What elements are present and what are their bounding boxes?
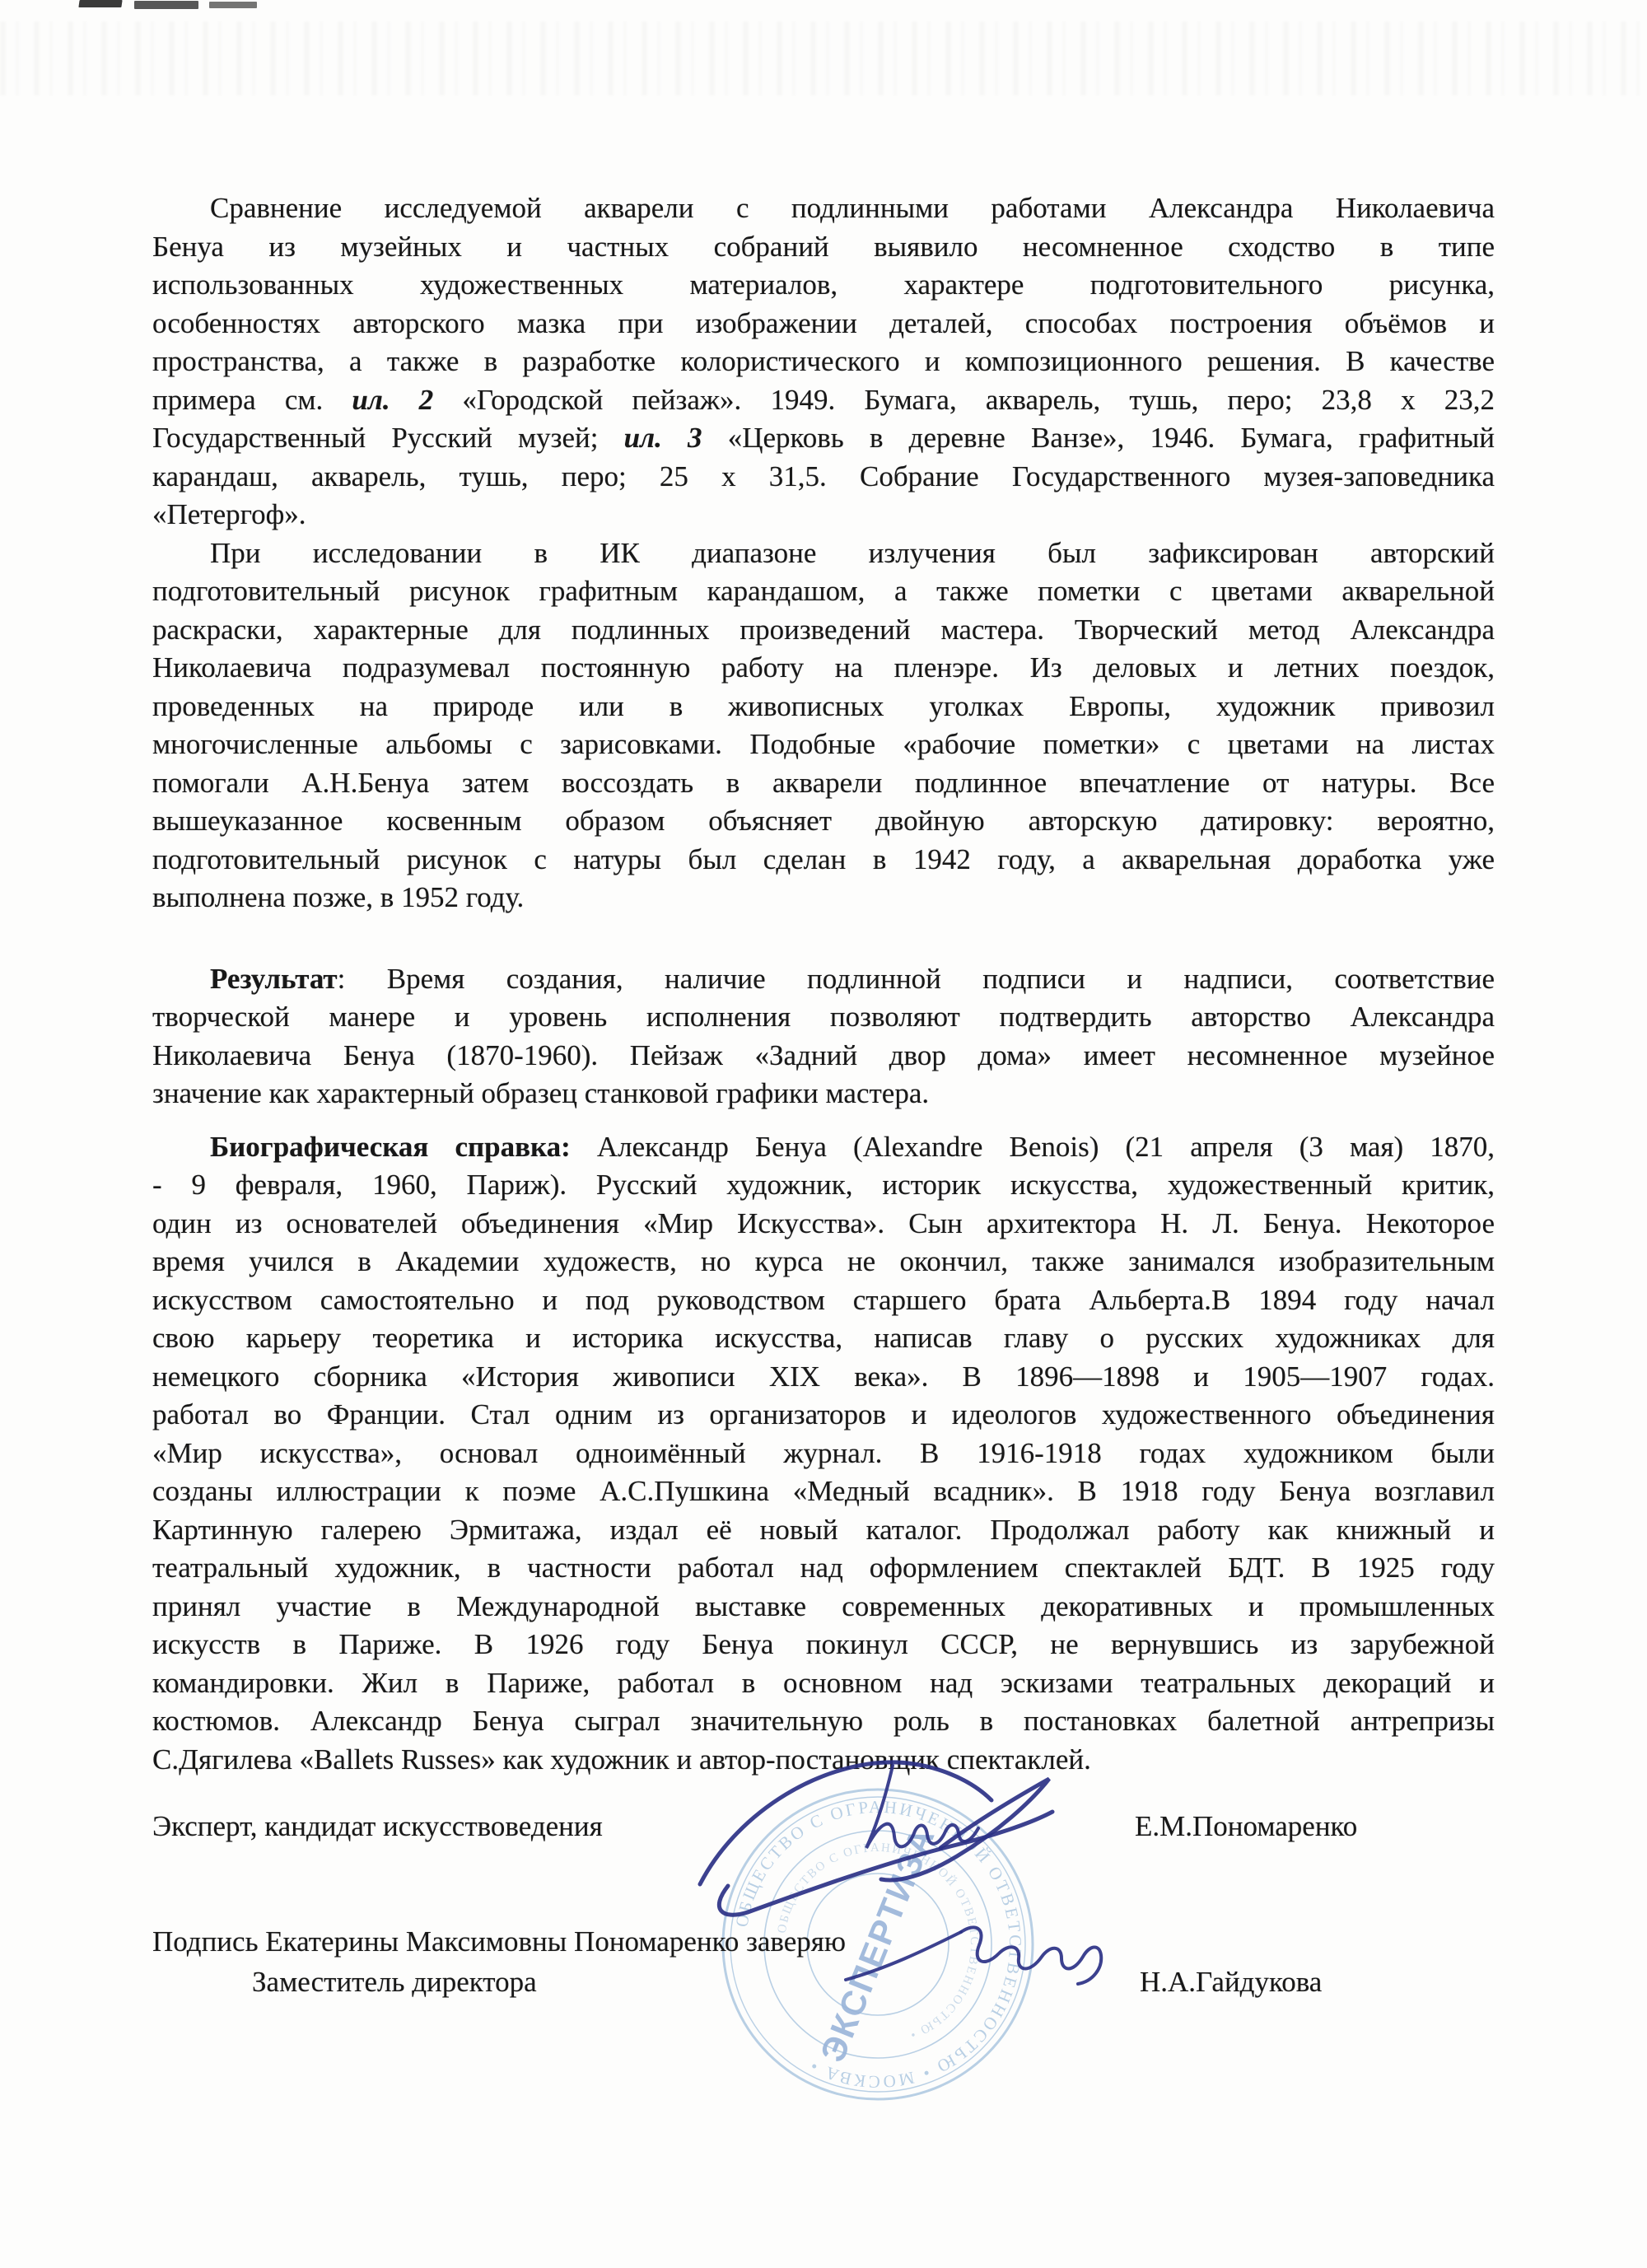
paragraph-result: Результат: Время создания, наличие подли… [152, 960, 1495, 1113]
text-line: театральный художник, в частности работа… [152, 1549, 1495, 1588]
text-segment: принял участие в Международной выставке … [152, 1590, 1495, 1622]
text-line: При исследовании в ИК диапазоне излучени… [152, 534, 1495, 573]
text-line: подготовительный рисунок с натуры был сд… [152, 841, 1495, 880]
text-segment: искусств в Париже. В 1926 году Бенуа пок… [152, 1628, 1495, 1660]
text-segment: выполнена позже, в 1952 году. [152, 881, 524, 913]
text-line: выполнена позже, в 1952 году. [152, 879, 1495, 917]
text-segment: подготовительный рисунок с натуры был сд… [152, 843, 1495, 875]
text-segment: Николаевича Бенуа (1870-1960). Пейзаж «З… [152, 1039, 1495, 1071]
text-line: подготовительный рисунок графитным каран… [152, 572, 1495, 611]
text-segment: раскраски, характерные для подлинных про… [152, 614, 1495, 646]
text-line: время учился в Академии художеств, но ку… [152, 1243, 1495, 1281]
deputy-name: Н.А.Гайдукова [1140, 1966, 1322, 1999]
text-line: Государственный Русский музей; ил. 3 «Це… [152, 419, 1495, 458]
signature-stroke [881, 1779, 1049, 1880]
text-segment: особенностях авторского мазка при изобра… [152, 307, 1495, 339]
text-line: искусством самостоятельно и под руководс… [152, 1281, 1495, 1320]
text-segment: Бенуа из музейных и частных собраний выя… [152, 231, 1495, 263]
text-line: многочисленные альбомы с зарисовками. По… [152, 726, 1495, 764]
scan-artifact [134, 1, 198, 9]
text-segment: : Время создания, наличие подлинной подп… [338, 963, 1495, 995]
text-segment: Николаевича подразумевал постоянную рабо… [152, 651, 1495, 684]
text-line: особенностях авторского мазка при изобра… [152, 305, 1495, 343]
text-line: пространства, а также в разработке колор… [152, 343, 1495, 381]
text-segment: «Городской пейзаж». 1949. Бумага, акваре… [433, 384, 1495, 416]
text-line: командировки. Жил в Париже, работал в ос… [152, 1664, 1495, 1703]
text-line: творческой манере и уровень исполнения п… [152, 998, 1495, 1037]
signature-stroke [700, 1762, 991, 1884]
paragraph-ik-research: При исследовании в ИК диапазоне излучени… [152, 534, 1495, 917]
text-segment: Биографическая справка: [210, 1131, 571, 1163]
text-line: «Петергоф». [152, 496, 1495, 534]
text-segment: созданы иллюстрации к поэме А.С.Пушкина … [152, 1475, 1495, 1507]
signature-stroke [719, 1812, 1052, 1915]
text-segment: Государственный Русский музей; [152, 422, 624, 454]
text-line: один из основателей объединения «Мир Иск… [152, 1205, 1495, 1244]
text-segment: театральный художник, в частности работа… [152, 1552, 1495, 1584]
text-line: созданы иллюстрации к поэме А.С.Пушкина … [152, 1472, 1495, 1511]
text-segment: Картинную галерею Эрмитажа, издал её нов… [152, 1514, 1495, 1546]
text-segment: проведенных на природе или в живописных … [152, 690, 1495, 722]
text-line: раскраски, характерные для подлинных про… [152, 611, 1495, 650]
report-paragraphs: Сравнение исследуемой акварели с подлинн… [152, 189, 1495, 1779]
text-segment: «Мир искусства», основал одноимённый жур… [152, 1437, 1495, 1469]
certify-statement: Подпись Екатерины Максимовны Пономаренко… [152, 1925, 846, 1958]
scanned-document-page: Сравнение исследуемой акварели с подлинн… [0, 0, 1647, 2268]
paragraph-biography: Биографическая справка: Александр Бенуа … [152, 1128, 1495, 1780]
expert-signature [677, 1723, 1138, 1929]
text-segment: - 9 февраля, 1960, Париж). Русский худож… [152, 1169, 1495, 1201]
text-line: Биографическая справка: Александр Бенуа … [152, 1128, 1495, 1167]
scan-noise-band [0, 21, 1647, 96]
text-line: вышеуказанное косвенным образом объясняе… [152, 802, 1495, 841]
scan-artifact [78, 0, 122, 7]
expert-title: Эксперт, кандидат искусствоведения [152, 1810, 603, 1843]
text-line: значение как характерный образец станков… [152, 1075, 1495, 1113]
scan-artifact [209, 2, 257, 8]
text-segment: пространства, а также в разработке колор… [152, 345, 1495, 377]
text-segment: «Петергоф». [152, 498, 306, 530]
expert-name: Е.М.Пономаренко [1135, 1810, 1357, 1843]
paragraph-comparison: Сравнение исследуемой акварели с подлинн… [152, 189, 1495, 534]
text-line: «Мир искусства», основал одноимённый жур… [152, 1435, 1495, 1473]
text-segment: «Церковь в деревне Ванзе», 1946. Бумага,… [702, 422, 1495, 454]
text-segment: свою карьеру теоретика и историка искусс… [152, 1322, 1495, 1354]
text-line: - 9 февраля, 1960, Париж). Русский худож… [152, 1166, 1495, 1205]
text-segment: время учился в Академии художеств, но ку… [152, 1245, 1495, 1277]
text-segment: подготовительный рисунок графитным каран… [152, 575, 1495, 607]
text-segment: искусством самостоятельно и под руководс… [152, 1284, 1495, 1316]
text-segment: вышеуказанное косвенным образом объясняе… [152, 805, 1495, 837]
text-segment: При исследовании в ИК диапазоне излучени… [210, 537, 1495, 569]
text-segment: ил. 2 [352, 384, 433, 416]
text-line: примера см. ил. 2 «Городской пейзаж». 19… [152, 381, 1495, 420]
text-segment: работал во Франции. Стал одним из органи… [152, 1398, 1495, 1430]
text-line: проведенных на природе или в живописных … [152, 688, 1495, 726]
text-segment: использованных художественных материалов… [152, 268, 1495, 301]
text-line: Сравнение исследуемой акварели с подлинн… [152, 189, 1495, 228]
text-line: свою карьеру теоретика и историка искусс… [152, 1319, 1495, 1358]
text-segment: один из основателей объединения «Мир Иск… [152, 1207, 1495, 1239]
text-segment: Результат [210, 963, 338, 995]
deputy-title: Заместитель директора [252, 1966, 537, 1999]
text-line: помогали А.Н.Бенуа затем воссоздать в ак… [152, 764, 1495, 803]
text-line: Бенуа из музейных и частных собраний выя… [152, 228, 1495, 267]
text-line: немецкого сборника «История живописи XIX… [152, 1358, 1495, 1397]
text-segment: карандаш, акварель, тушь, перо; 25 х 31,… [152, 460, 1495, 492]
text-segment: командировки. Жил в Париже, работал в ос… [152, 1667, 1495, 1699]
text-segment: ил. 3 [624, 422, 702, 454]
text-line: Николаевича Бенуа (1870-1960). Пейзаж «З… [152, 1037, 1495, 1076]
text-line: Результат: Время создания, наличие подли… [152, 960, 1495, 999]
text-line: использованных художественных материалов… [152, 266, 1495, 305]
text-segment: примера см. [152, 384, 352, 416]
text-segment: многочисленные альбомы с зарисовками. По… [152, 728, 1495, 760]
text-segment: немецкого сборника «История живописи XIX… [152, 1360, 1495, 1393]
text-segment: помогали А.Н.Бенуа затем воссоздать в ак… [152, 767, 1495, 799]
text-segment: творческой манере и уровень исполнения п… [152, 1001, 1495, 1033]
signature-stroke [961, 1927, 1101, 1984]
deputy-signature [836, 1902, 1116, 2001]
text-line: Николаевича подразумевал постоянную рабо… [152, 649, 1495, 688]
text-segment: Сравнение исследуемой акварели с подлинн… [210, 192, 1495, 224]
text-line: Картинную галерею Эрмитажа, издал её нов… [152, 1511, 1495, 1550]
text-line: искусств в Париже. В 1926 году Бенуа пок… [152, 1626, 1495, 1664]
text-segment: значение как характерный образец станков… [152, 1077, 929, 1109]
text-line: работал во Франции. Стал одним из органи… [152, 1396, 1495, 1435]
text-line: принял участие в Международной выставке … [152, 1588, 1495, 1626]
signature-stroke [846, 1932, 961, 1980]
text-line: карандаш, акварель, тушь, перо; 25 х 31,… [152, 458, 1495, 497]
text-segment: Александр Бенуа (Alexandre Benois) (21 а… [571, 1131, 1495, 1163]
